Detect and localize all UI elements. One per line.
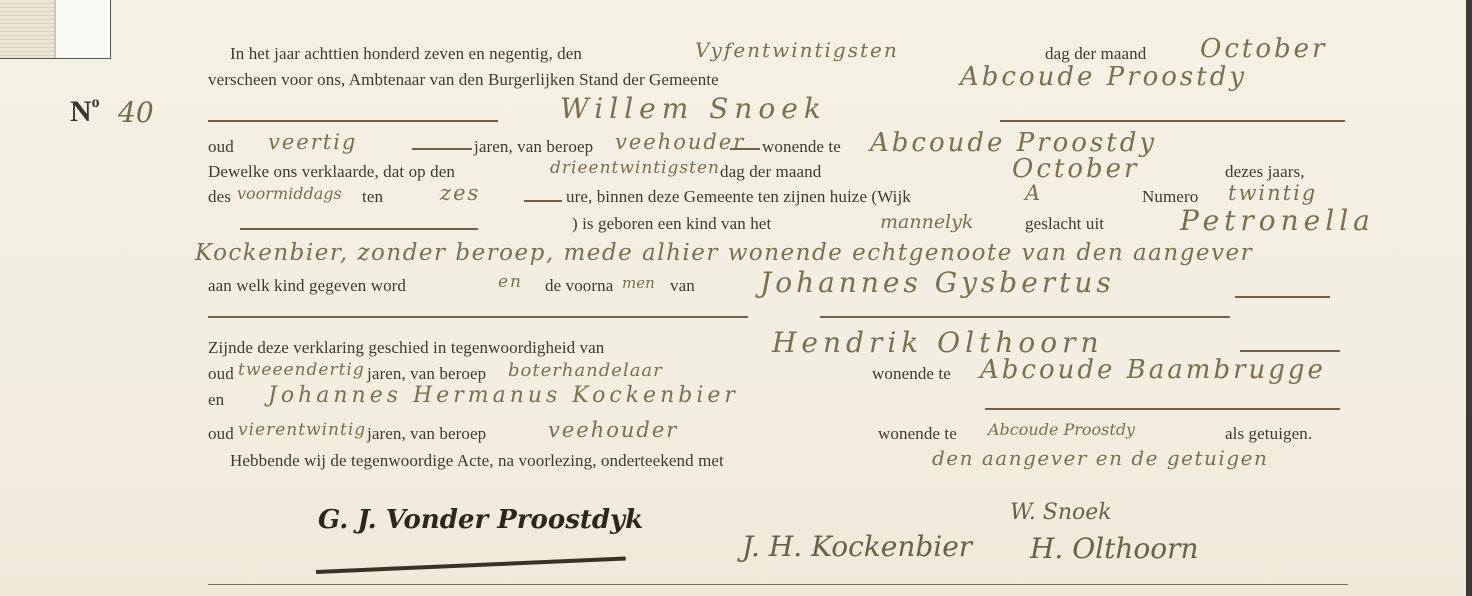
handwritten-witness1-occupation: boterhandelaar	[508, 360, 663, 381]
fill-line	[208, 120, 498, 122]
printed-text: de voorna	[545, 276, 613, 296]
printed-text: wonende te	[878, 424, 957, 444]
printed-text: aan welk kind gegeven word	[208, 276, 406, 296]
handwritten-hour: zes	[440, 181, 480, 205]
handwritten-occupation: veehouder	[615, 130, 745, 154]
printed-text: dag der maand	[1045, 44, 1146, 64]
printed-text: In het jaar achttien honderd zeven en ne…	[230, 44, 582, 64]
handwritten-birth-month: October	[1012, 154, 1139, 184]
handwritten-daypart: voormiddags	[237, 184, 342, 203]
printed-text: en	[208, 390, 224, 410]
record-number-label: No	[70, 94, 100, 129]
handwritten-day: Vyfentwintigsten	[695, 38, 899, 62]
printed-text: Dewelke ons verklaarde, dat op den	[208, 162, 455, 182]
printed-text: jaren, van beroep	[367, 364, 486, 384]
handwritten-declarant: Willem Snoek	[560, 92, 827, 125]
printed-text: des	[208, 187, 231, 207]
printed-text: wonende te	[872, 364, 951, 384]
document-page: No 40 In het jaar achttien honderd zeven…	[0, 0, 1466, 596]
fill-line	[820, 316, 1230, 318]
fill-line	[1235, 296, 1330, 298]
printed-text: verscheen voor ons, Ambtenaar van den Bu…	[208, 70, 719, 90]
signature-witness1: H. Olthoorn	[1030, 532, 1199, 565]
printed-text: oud	[208, 137, 234, 157]
bottom-rule	[208, 584, 1348, 585]
handwritten-wijk: A	[1025, 181, 1042, 205]
handwritten-sex: mannelyk	[880, 211, 973, 233]
printed-text: ten	[362, 187, 383, 207]
printed-text: oud	[208, 424, 234, 444]
fill-line	[412, 148, 472, 150]
printed-text: ) is geboren een kind van het	[572, 214, 771, 234]
printed-text: Hebbende wij de tegenwoordige Acte, na v…	[230, 451, 724, 471]
printed-text: wonende te	[762, 137, 841, 157]
printed-text: ure, binnen deze Gemeente ten zijnen hui…	[566, 187, 911, 207]
handwritten-witness1-age: tweeendertig	[238, 360, 365, 380]
record-number-value: 40	[118, 96, 154, 129]
signature-flourish	[316, 556, 626, 574]
fill-line	[985, 408, 1340, 410]
handwritten-witness1-residence: Abcoude Baambrugge	[980, 355, 1326, 385]
printed-text: jaren, van beroep	[367, 424, 486, 444]
handwritten-given-names: Johannes Gysbertus	[760, 266, 1115, 299]
signature-official: G. J. Vonder Proostdyk	[318, 505, 643, 535]
handwritten-witness2-occupation: veehouder	[548, 418, 678, 442]
handwritten-witness2-age: vierentwintig	[238, 420, 366, 440]
handwritten-month: October	[1200, 34, 1327, 64]
printed-text: dag der maand	[720, 162, 821, 182]
printed-text: jaren, van beroep	[474, 137, 593, 157]
printed-text: van	[670, 276, 695, 296]
handwritten-witness2-residence: Abcoude Proostdy	[988, 420, 1135, 439]
handwritten-witness2: Johannes Hermanus Kockenbier	[268, 383, 739, 408]
fill-line	[730, 148, 760, 150]
printed-text: oud	[208, 364, 234, 384]
thumbnail-image	[0, 0, 56, 58]
fill-line	[1000, 120, 1345, 122]
handwritten-signed-with: den aangever en de getuigen	[932, 446, 1268, 470]
handwritten-text: en	[498, 272, 523, 292]
window-edge	[1466, 0, 1472, 596]
handwritten-mother: Petronella	[1180, 204, 1375, 237]
printed-text: dezes jaars,	[1225, 162, 1305, 182]
fill-line	[1240, 350, 1340, 352]
handwritten-birth-day: drieentwintigsten	[550, 158, 720, 178]
signature-witness2: J. H. Kockenbier	[742, 530, 972, 563]
printed-text: als getuigen.	[1225, 424, 1312, 444]
page-thumbnail[interactable]	[0, 0, 111, 59]
handwritten-mother-continuation: Kockenbier, zonder beroep, mede alhier w…	[195, 240, 1253, 266]
handwritten-numero: twintig	[1228, 181, 1317, 205]
printed-text: Zijnde deze verklaring geschied in tegen…	[208, 338, 604, 358]
signature-declarant: W. Snoek	[1010, 500, 1112, 525]
fill-line	[208, 316, 748, 318]
handwritten-age: veertig	[268, 130, 357, 154]
printed-text: geslacht uit	[1025, 214, 1104, 234]
handwritten-municipality: Abcoude Proostdy	[960, 62, 1247, 92]
handwritten-text: men	[622, 274, 655, 292]
fill-line	[524, 200, 562, 202]
fill-line	[240, 228, 478, 230]
